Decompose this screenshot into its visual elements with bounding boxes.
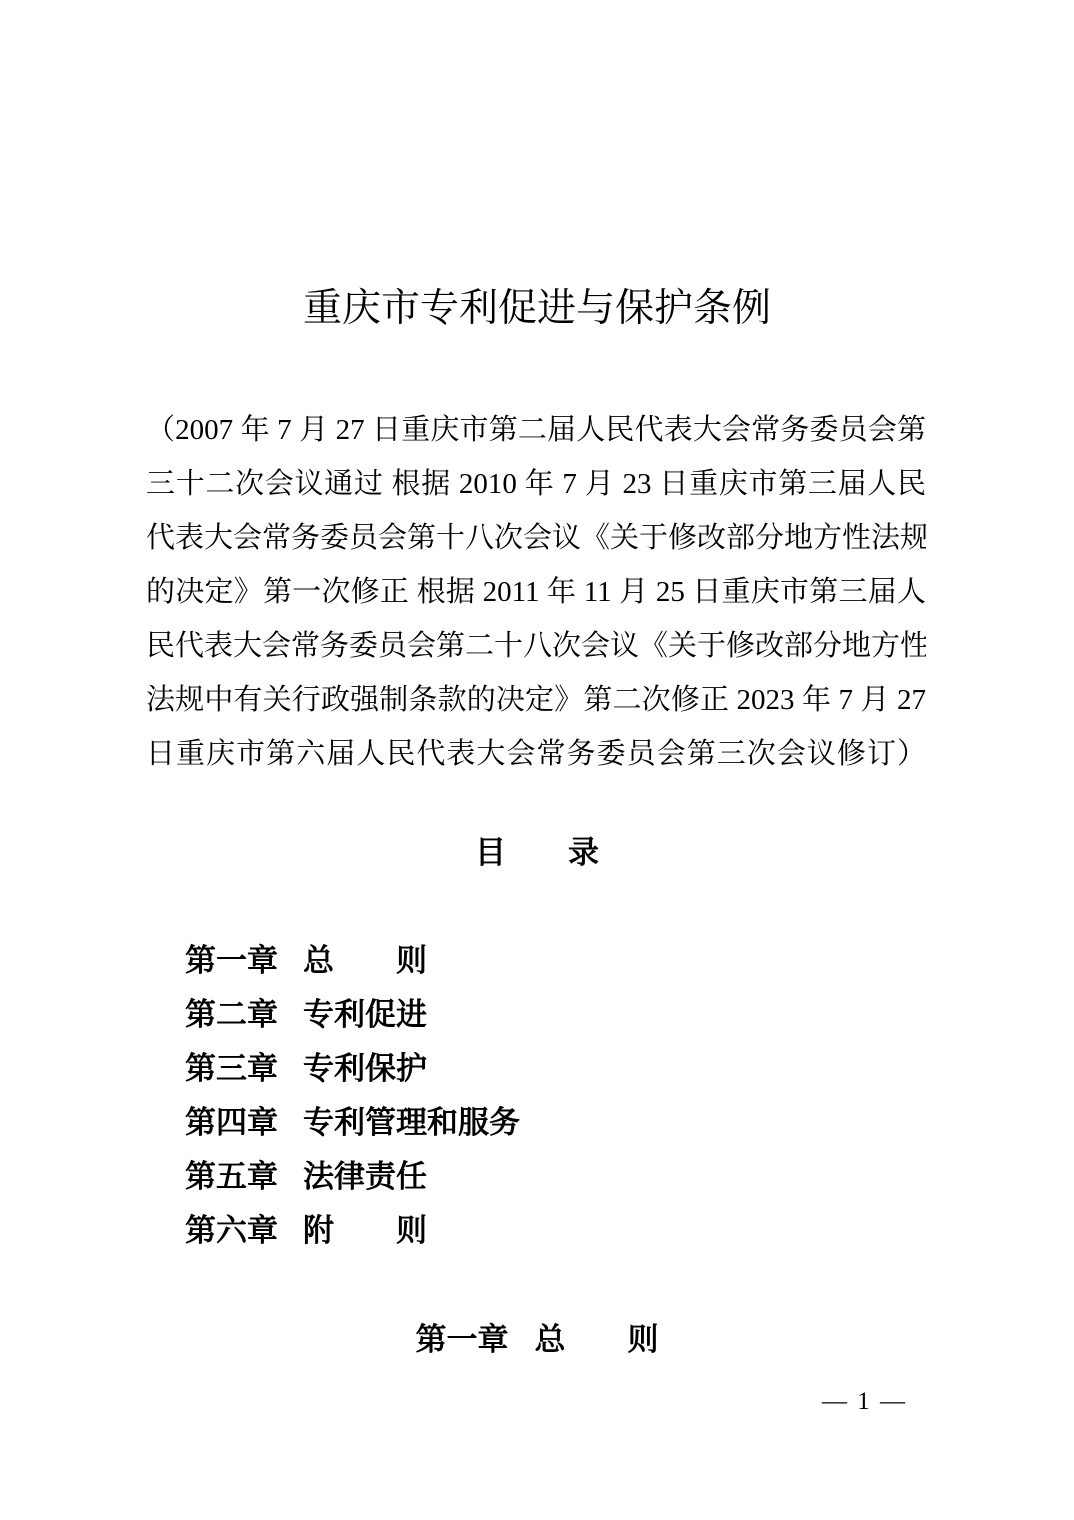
page-number: — 1 — xyxy=(822,1386,907,1418)
preamble-line: 的决定》第一次修正 根据 2011 年 11 月 25 日重庆市第三届人 xyxy=(146,565,926,619)
toc-list: 第一章 总 则 第二章 专利促进 第三章 专利保护 第四章 专利管理和服务 第五… xyxy=(185,934,520,1258)
toc-chapter-title: 法律责任 xyxy=(303,1150,427,1204)
chapter-heading-title: 总 则 xyxy=(535,1320,659,1360)
preamble-line: 三十二次会议通过 根据 2010 年 7 月 23 日重庆市第三届人民 xyxy=(146,457,926,511)
toc-item-chapter-4: 第四章 专利管理和服务 xyxy=(185,1096,520,1150)
toc-item-chapter-3: 第三章 专利保护 xyxy=(185,1042,520,1096)
toc-chapter-title: 总 则 xyxy=(303,934,427,988)
toc-item-chapter-5: 第五章 法律责任 xyxy=(185,1150,520,1204)
toc-chapter-title: 专利保护 xyxy=(303,1042,427,1096)
preamble-line: 民代表大会常务委员会第二十八次会议《关于修改部分地方性 xyxy=(146,619,926,673)
toc-heading: 目 录 xyxy=(0,833,1074,873)
document-page: 重庆市专利促进与保护条例 （2007 年 7 月 27 日重庆市第二届人民代表大… xyxy=(0,0,1074,1520)
preamble-line: 代表大会常务委员会第十八次会议《关于修改部分地方性法规 xyxy=(146,511,926,565)
document-title: 重庆市专利促进与保护条例 xyxy=(0,286,1074,332)
toc-chapter-title: 附 则 xyxy=(303,1204,427,1258)
toc-chapter-number: 第一章 xyxy=(185,934,278,988)
toc-chapter-number: 第四章 xyxy=(185,1096,278,1150)
toc-chapter-number: 第二章 xyxy=(185,988,278,1042)
toc-item-chapter-6: 第六章 附 则 xyxy=(185,1204,520,1258)
preamble-line: 日重庆市第六届人民代表大会常务委员会第三次会议修订） xyxy=(146,727,926,781)
toc-chapter-title: 专利管理和服务 xyxy=(303,1096,520,1150)
toc-chapter-title: 专利促进 xyxy=(303,988,427,1042)
toc-item-chapter-2: 第二章 专利促进 xyxy=(185,988,520,1042)
toc-item-chapter-1: 第一章 总 则 xyxy=(185,934,520,988)
toc-chapter-number: 第六章 xyxy=(185,1204,278,1258)
toc-chapter-number: 第三章 xyxy=(185,1042,278,1096)
preamble-line: 法规中有关行政强制条款的决定》第二次修正 2023 年 7 月 27 xyxy=(146,673,926,727)
toc-chapter-number: 第五章 xyxy=(185,1150,278,1204)
chapter-one-heading: 第一章 总 则 xyxy=(0,1320,1074,1360)
chapter-heading-number: 第一章 xyxy=(416,1320,509,1360)
preamble-line: （2007 年 7 月 27 日重庆市第二届人民代表大会常务委员会第 xyxy=(146,403,926,457)
preamble-paragraph: （2007 年 7 月 27 日重庆市第二届人民代表大会常务委员会第 三十二次会… xyxy=(146,403,926,781)
